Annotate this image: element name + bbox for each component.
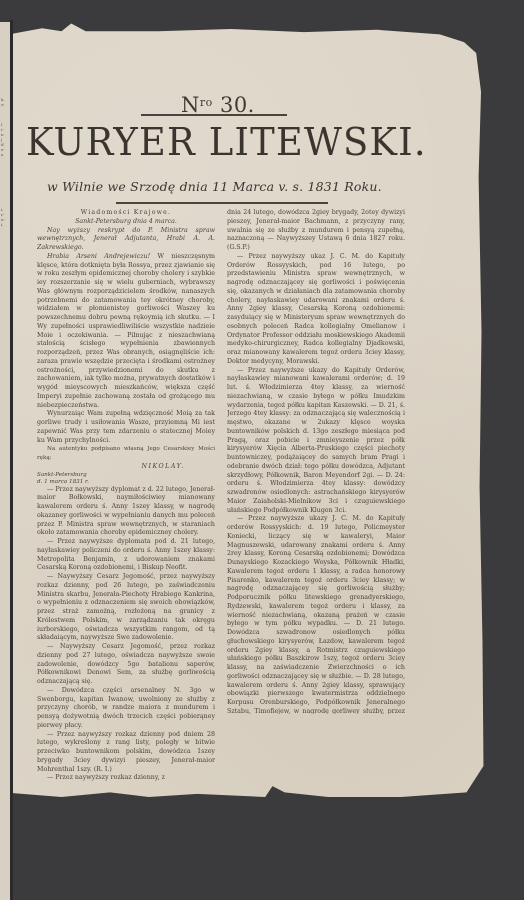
right-column: dnia 24 lutego, dowódzca 2giey brygady, …	[227, 209, 405, 714]
news-item: — Przez naywyższe ukazy J. C. M. do Kapi…	[227, 515, 405, 714]
rescript-text: W nieszczęsnym klęsce, która dotknięta b…	[37, 253, 215, 409]
rescript-thanks: Wynurzaiąc Wam zupełną wdzięczność Moią …	[37, 410, 215, 445]
left-column: Wiadomości Krajowe. Sankt-Petersburg dni…	[37, 209, 215, 799]
news-item: — Przez naywyższy dyplomat z d. 22 luteg…	[37, 486, 215, 539]
rescript-intro: Nay wyższy reskrypt do P. Ministra spraw…	[37, 227, 215, 253]
issue-sup: ro	[200, 96, 213, 109]
news-item: — Przez naywyższy rozkaz dzienny, z	[37, 774, 215, 783]
rescript-body: Hrabia Arseni Andrejewiczu! W nieszczęsn…	[37, 253, 215, 411]
newspaper-page: Nro 30. KURYER LITEWSKI. w Wilnie we Srz…	[13, 22, 498, 797]
news-item: — Naywyższy Cesarz Jegomość, przez rozka…	[37, 643, 215, 687]
binding-spine	[10, 20, 13, 900]
signature-note: Na autentyku podpisano własną Jego Cesar…	[37, 445, 215, 463]
dateline: w Wilnie we Srzodę dnia 11 Marca v. s. 1…	[47, 179, 382, 194]
news-item: — Przez naywyższy rozkaz dzienny pod dni…	[37, 731, 215, 775]
section-heading: Wiadomości Krajowe.	[37, 209, 215, 218]
signature: NIKOLAY.	[37, 463, 215, 472]
news-item: dnia 24 lutego, dowódzca 2giey brygady, …	[227, 209, 405, 253]
newspaper-title: KURYER LITEWSKI.	[26, 120, 427, 164]
signed-place: Sankt-Petersburg	[37, 472, 215, 479]
news-item: — Przez naywyższe ukazy do Kapituły Orde…	[227, 367, 405, 516]
news-item: — Dowódzca części arsenalney N. 3go w Sw…	[37, 687, 215, 731]
place-date: Sankt-Petersburg dnia 4 marca.	[37, 218, 215, 227]
signed-date: d. 1 marca 1831 r.	[37, 479, 215, 486]
news-item: — Naywyższy Cesarz Jegomość, przez naywy…	[37, 573, 215, 643]
salutation: Hrabia Arseni Andrejewiczu!	[47, 253, 150, 260]
masthead-rule-top	[141, 114, 287, 116]
previous-page-edge: k,o- Ii-njife-a i,r-u-i,	[0, 22, 10, 900]
masthead-rule-bottom	[116, 202, 328, 204]
news-item: — Przez naywyższy ukaz J. C. M. do Kapit…	[227, 253, 405, 367]
news-item: — Przez naywyższe dyplomata pod d. 21 lu…	[37, 538, 215, 573]
